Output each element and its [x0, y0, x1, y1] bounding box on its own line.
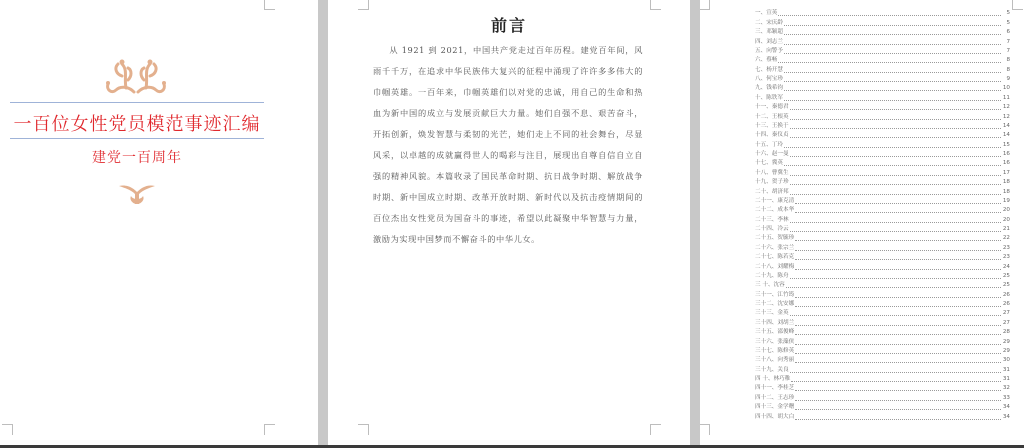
toc-entry-page: 6	[1001, 28, 1010, 37]
toc-entry-page: 26	[1001, 300, 1010, 309]
toc-entry-page: 23	[1001, 253, 1010, 262]
toc-dot-leader	[784, 33, 1001, 35]
toc-entry[interactable]: 三、邓颖超6	[755, 28, 1010, 37]
toc-entry-label: 四十二、王志珍	[755, 394, 795, 403]
toc-dot-leader	[790, 371, 1001, 373]
toc-entry-label: 三十五、邵俊峰	[755, 328, 795, 337]
toc-entry-label: 三十八、向秀丽	[755, 356, 795, 365]
toc-entry-page: 31	[1001, 366, 1010, 375]
toc-entry-label: 十三、王换于	[755, 122, 790, 131]
toc-entry-label: 四 十、林巧稚	[755, 375, 791, 384]
toc-entry[interactable]: 十二、王根英12	[755, 112, 1010, 121]
toc-entry-label: 十、陈铁军	[755, 94, 784, 103]
toc-entry-page: 14	[1001, 122, 1010, 131]
table-of-contents: 一、宣英5二、宋庆龄5三、邓颖超6四、刘志兰7五、向警予7六、蔡畅8七、杨开慧8…	[755, 9, 1010, 422]
toc-entry-page: 14	[1001, 131, 1010, 140]
toc-entry-label: 十八、曹冀生	[755, 169, 790, 178]
toc-dot-leader	[790, 108, 1001, 110]
toc-entry-page: 10	[1001, 84, 1010, 93]
toc-dot-leader	[795, 268, 1001, 270]
crop-mark	[264, 0, 275, 10]
toc-entry-page: 27	[1001, 319, 1010, 328]
toc-entry-label: 四十三、金学曙	[755, 403, 795, 412]
toc-dot-leader	[795, 389, 1001, 391]
toc-entry-page: 25	[1001, 272, 1010, 281]
toc-entry-page: 5	[1001, 19, 1010, 28]
toc-entry-label: 十一、秦德君	[755, 103, 790, 112]
crop-mark	[2, 424, 13, 435]
toc-entry-label: 四十四、胡大白	[755, 413, 795, 422]
toc-entry[interactable]: 二十四、冷云21	[755, 225, 1010, 234]
toc-entry-page: 29	[1001, 338, 1010, 347]
toc-entry-page: 12	[1001, 113, 1010, 122]
toc-dot-leader	[784, 146, 1001, 148]
toc-entry-page: 23	[1001, 244, 1010, 253]
toc-entry[interactable]: 三十二、沈安娜26	[755, 300, 1010, 309]
toc-dot-leader	[795, 324, 1001, 326]
toc-entry-label: 十四、秦仪贞	[755, 131, 790, 140]
toc-entry-label: 二十四、冷云	[755, 225, 790, 234]
toc-dot-leader	[795, 343, 1001, 345]
toc-entry-label: 二、宋庆龄	[755, 19, 784, 28]
toc-entry-label: 一、宣英	[755, 9, 778, 18]
toc-entry-label: 三、邓颖超	[755, 28, 784, 37]
toc-entry-page: 11	[1001, 94, 1010, 103]
title-bottom-rule	[10, 138, 264, 139]
toc-entry-page: 26	[1001, 291, 1010, 300]
toc-entry-page: 7	[1001, 47, 1010, 56]
fleur-ornament-icon	[117, 182, 157, 206]
toc-dot-leader	[784, 89, 1001, 91]
toc-dot-leader	[784, 43, 1001, 45]
toc-entry[interactable]: 三十五、邵俊峰28	[755, 328, 1010, 337]
toc-entry-label: 八、何宝珍	[755, 75, 784, 84]
toc-entry-page: 15	[1001, 141, 1010, 150]
toc-dot-leader	[790, 127, 1001, 129]
toc-entry[interactable]: 十八、曹冀生17	[755, 168, 1010, 177]
toc-entry-label: 十六、赵一曼	[755, 150, 790, 159]
toc-entry[interactable]: 十六、赵一曼16	[755, 150, 1010, 159]
toc-dot-leader	[790, 174, 1001, 176]
toc-entry-page: 24	[1001, 263, 1010, 272]
toc-entry[interactable]: 二十九、陈舟25	[755, 272, 1010, 281]
toc-entry-label: 三十六、张藻侠	[755, 338, 795, 347]
toc-dot-leader	[778, 61, 1001, 63]
toc-dot-leader	[795, 352, 1001, 354]
toc-entry[interactable]: 十三、王换于14	[755, 122, 1010, 131]
crop-mark	[358, 424, 369, 435]
toc-dot-leader	[790, 118, 1001, 120]
toc-entry[interactable]: 二十六、张宗兰23	[755, 243, 1010, 252]
toc-entry[interactable]: 二十、胡济邦18	[755, 187, 1010, 196]
toc-dot-leader	[795, 239, 1001, 241]
toc-entry-page: 9	[1001, 75, 1010, 84]
toc-entry[interactable]: 四十一、李桂芝32	[755, 384, 1010, 393]
toc-dot-leader	[790, 136, 1001, 138]
toc-entry-page: 28	[1001, 328, 1010, 337]
toc-entry-page: 25	[1001, 281, 1010, 290]
toc-entry[interactable]: 二十五、贺毓珍22	[755, 234, 1010, 243]
toc-entry[interactable]: 二十三、李林20	[755, 215, 1010, 224]
toc-entry-label: 二十二、成本华	[755, 206, 795, 215]
toc-entry-label: 四、刘志兰	[755, 38, 784, 47]
toc-dot-leader	[784, 99, 1001, 101]
crop-mark	[358, 0, 369, 10]
floral-scroll-ornament-icon	[98, 56, 174, 96]
preface-title: 前言	[328, 13, 690, 36]
toc-entry-page: 18	[1001, 188, 1010, 197]
toc-entry[interactable]: 五、向警予7	[755, 47, 1010, 56]
toc-dot-leader	[790, 193, 1001, 195]
toc-dot-leader	[795, 361, 1001, 363]
cover-subtitle: 建党一百周年	[10, 147, 264, 167]
toc-entry-label: 九、钱希钧	[755, 84, 784, 93]
toc-entry-page: 17	[1001, 169, 1010, 178]
toc-entry[interactable]: 十九、贺子珍18	[755, 178, 1010, 187]
toc-entry-label: 三十九、关良	[755, 366, 790, 375]
toc-page: 一、宣英5二、宋庆龄5三、邓颖超6四、刘志兰7五、向警予7六、蔡畅8七、杨开慧8…	[700, 0, 1024, 445]
toc-entry-label: 三十三、金英	[755, 309, 790, 318]
toc-entry-page: 18	[1001, 178, 1010, 187]
toc-entry[interactable]: 二、宋庆龄5	[755, 18, 1010, 27]
toc-entry-label: 三十七、陈修英	[755, 347, 795, 356]
toc-entry[interactable]: 三十七、陈修英29	[755, 347, 1010, 356]
toc-dot-leader	[795, 211, 1001, 213]
toc-dot-leader	[790, 230, 1001, 232]
toc-entry[interactable]: 四十三、金学曙34	[755, 403, 1010, 412]
toc-entry-label: 三十四、刘胡兰	[755, 319, 795, 328]
toc-entry-label: 十七、冀英	[755, 159, 784, 168]
toc-entry[interactable]: 二十一、康克清19	[755, 197, 1010, 206]
toc-entry[interactable]: 二十八、刘耀梅24	[755, 262, 1010, 271]
toc-entry[interactable]: 七、杨开慧8	[755, 65, 1010, 74]
toc-entry[interactable]: 三十四、刘胡兰27	[755, 318, 1010, 327]
toc-entry[interactable]: 二十二、成本华20	[755, 206, 1010, 215]
cover-page: 一百位女性党员模范事迹汇编 建党一百周年	[0, 0, 318, 445]
toc-entry-page: 34	[1001, 403, 1010, 412]
toc-entry[interactable]: 三十八、向秀丽30	[755, 356, 1010, 365]
toc-entry[interactable]: 十四、秦仪贞14	[755, 131, 1010, 140]
toc-entry[interactable]: 三十三、金英27	[755, 309, 1010, 318]
toc-entry-label: 十二、王根英	[755, 113, 790, 122]
crop-mark	[700, 424, 710, 435]
toc-entry[interactable]: 三十一、江竹筠26	[755, 290, 1010, 299]
toc-entry-page: 5	[1001, 9, 1010, 18]
toc-dot-leader	[795, 333, 1001, 335]
toc-entry-page: 32	[1001, 384, 1010, 393]
toc-dot-leader	[795, 399, 1001, 401]
toc-entry-label: 二十七、陈若克	[755, 253, 795, 262]
toc-entry[interactable]: 三十九、关良31	[755, 365, 1010, 374]
toc-dot-leader	[784, 52, 1001, 54]
toc-entry[interactable]: 三十六、张藻侠29	[755, 337, 1010, 346]
toc-dot-leader	[784, 164, 1001, 166]
toc-entry-label: 三十一、江竹筠	[755, 291, 795, 300]
crop-mark	[700, 0, 710, 10]
toc-entry-page: 31	[1001, 375, 1010, 384]
toc-entry[interactable]: 十一、秦德君12	[755, 103, 1010, 112]
toc-entry-page: 21	[1001, 225, 1010, 234]
toc-dot-leader	[795, 249, 1001, 251]
toc-entry-label: 六、蔡畅	[755, 56, 778, 65]
toc-entry-page: 16	[1001, 159, 1010, 168]
toc-entry-label: 二十三、李林	[755, 216, 790, 225]
preface-page: 前言 从 1921 到 2021，中国共产党走过百年历程。建党百年间，风雨千千万…	[328, 0, 690, 445]
toc-entry-label: 三十二、沈安娜	[755, 300, 795, 309]
toc-dot-leader	[795, 258, 1001, 260]
toc-entry-label: 二十六、张宗兰	[755, 244, 795, 253]
toc-entry[interactable]: 四十二、王志珍33	[755, 393, 1010, 402]
toc-entry[interactable]: 十五、丁玲15	[755, 140, 1010, 149]
toc-entry-label: 二十九、陈舟	[755, 272, 790, 281]
toc-entry-label: 四十一、李桂芝	[755, 384, 795, 393]
toc-entry[interactable]: 三 十、沈容25	[755, 281, 1010, 290]
toc-entry-page: 20	[1001, 206, 1010, 215]
toc-entry-page: 16	[1001, 150, 1010, 159]
toc-dot-leader	[795, 296, 1001, 298]
toc-entry[interactable]: 九、钱希钧10	[755, 84, 1010, 93]
toc-entry-page: 19	[1001, 197, 1010, 206]
toc-entry-label: 三 十、沈容	[755, 281, 786, 290]
toc-entry-page: 12	[1001, 103, 1010, 112]
toc-dot-leader	[795, 408, 1001, 410]
toc-dot-leader	[790, 183, 1001, 185]
toc-entry[interactable]: 一、宣英5	[755, 9, 1010, 18]
crop-mark	[650, 424, 661, 435]
crop-mark	[1012, 0, 1023, 10]
toc-entry-label: 二十、胡济邦	[755, 188, 790, 197]
toc-dot-leader	[790, 221, 1001, 223]
toc-entry-label: 二十八、刘耀梅	[755, 263, 795, 272]
toc-entry[interactable]: 四、刘志兰7	[755, 37, 1010, 46]
toc-entry-page: 34	[1001, 413, 1010, 422]
toc-entry-page: 8	[1001, 56, 1010, 65]
toc-entry-page: 29	[1001, 347, 1010, 356]
crop-mark	[264, 424, 275, 435]
toc-entry[interactable]: 六、蔡畅8	[755, 56, 1010, 65]
toc-entry-page: 7	[1001, 38, 1010, 47]
toc-entry-label: 二十一、康克清	[755, 197, 795, 206]
toc-entry-page: 20	[1001, 216, 1010, 225]
toc-entry[interactable]: 十七、冀英16	[755, 159, 1010, 168]
toc-dot-leader	[784, 24, 1001, 26]
toc-entry-label: 五、向警予	[755, 47, 784, 56]
toc-dot-leader	[790, 277, 1001, 279]
toc-dot-leader	[784, 80, 1001, 82]
toc-dot-leader	[778, 14, 1001, 16]
toc-dot-leader	[791, 380, 1001, 382]
toc-dot-leader	[795, 418, 1001, 420]
toc-entry-label: 十九、贺子珍	[755, 178, 790, 187]
toc-dot-leader	[784, 71, 1001, 73]
toc-entry[interactable]: 八、何宝珍9	[755, 75, 1010, 84]
toc-entry-label: 十五、丁玲	[755, 141, 784, 150]
title-top-rule	[10, 102, 264, 103]
toc-dot-leader	[786, 286, 1001, 288]
preface-body: 从 1921 到 2021，中国共产党走过百年历程。建党百年间，风雨千千万，在追…	[373, 40, 643, 250]
toc-dot-leader	[795, 202, 1001, 204]
toc-entry[interactable]: 四 十、林巧稚31	[755, 375, 1010, 384]
toc-entry-page: 22	[1001, 234, 1010, 243]
toc-entry-label: 七、杨开慧	[755, 66, 784, 75]
toc-entry-page: 30	[1001, 356, 1010, 365]
toc-entry[interactable]: 四十四、胡大白34	[755, 412, 1010, 421]
toc-entry[interactable]: 二十七、陈若克23	[755, 253, 1010, 262]
toc-dot-leader	[795, 305, 1001, 307]
toc-entry-page: 33	[1001, 394, 1010, 403]
toc-entry-page: 8	[1001, 66, 1010, 75]
toc-dot-leader	[790, 155, 1001, 157]
toc-entry[interactable]: 十、陈铁军11	[755, 93, 1010, 102]
cover-title: 一百位女性党员模范事迹汇编	[10, 110, 264, 136]
crop-mark	[650, 0, 661, 10]
toc-dot-leader	[790, 314, 1001, 316]
toc-entry-label: 二十五、贺毓珍	[755, 234, 795, 243]
toc-entry-page: 27	[1001, 309, 1010, 318]
